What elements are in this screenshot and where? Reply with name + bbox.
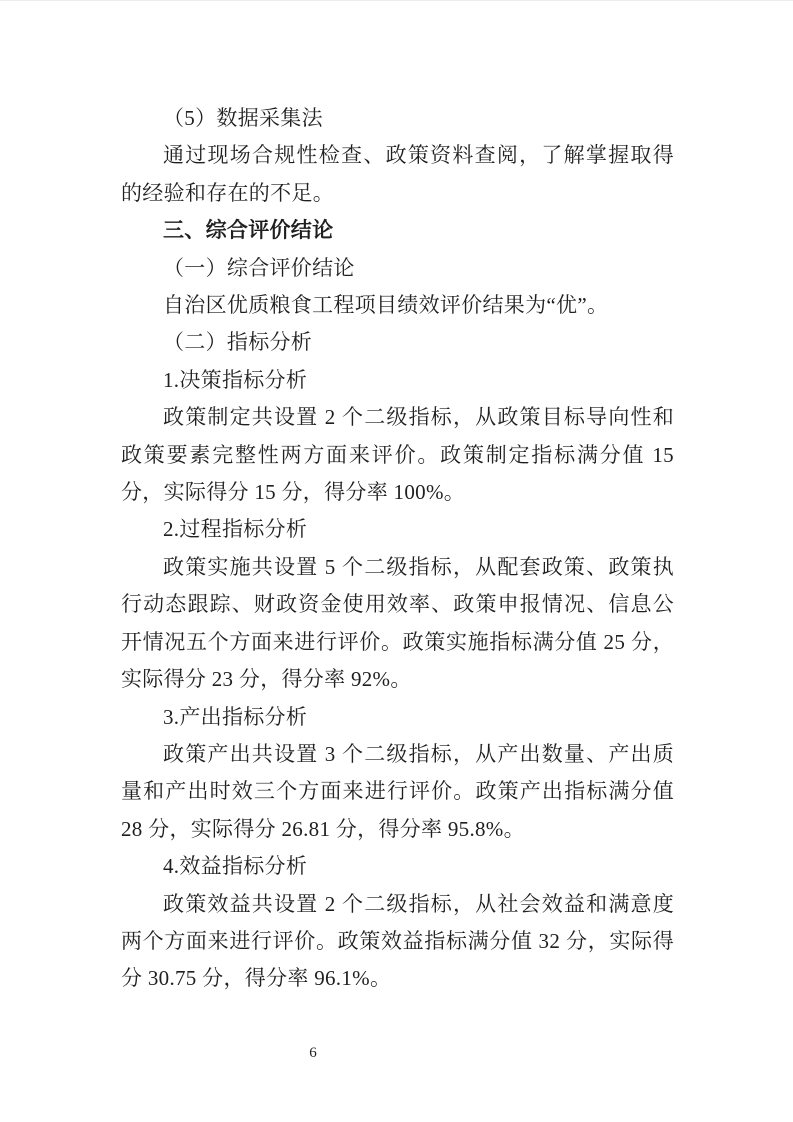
numbered-heading: 1.决策指标分析 bbox=[121, 362, 674, 399]
numbered-heading: 4.效益指标分析 bbox=[121, 848, 674, 885]
section-heading: 三、综合评价结论 bbox=[121, 212, 674, 249]
paragraph: 自治区优质粮食工程项目绩效评价结果为“优”。 bbox=[121, 287, 674, 324]
paragraph: 政策产出共设置 3 个二级指标，从产出数量、产出质量和产出时效三个方面来进行评价… bbox=[121, 736, 674, 848]
paragraph: 通过现场合规性检查、政策资料查阅，了解掌握取得的经验和存在的不足。 bbox=[121, 137, 674, 212]
paragraph: 政策效益共设置 2 个二级指标，从社会效益和满意度两个方面来进行评价。政策效益指… bbox=[121, 886, 674, 998]
paragraph: 政策制定共设置 2 个二级指标，从政策目标导向性和政策要素完整性两方面来评价。政… bbox=[121, 399, 674, 511]
numbered-heading: 2.过程指标分析 bbox=[121, 511, 674, 548]
list-heading: （5）数据采集法 bbox=[121, 100, 674, 137]
page-number: 6 bbox=[283, 1042, 343, 1064]
document-body: （5）数据采集法 通过现场合规性检查、政策资料查阅，了解掌握取得的经验和存在的不… bbox=[121, 100, 674, 998]
document-page: （5）数据采集法 通过现场合规性检查、政策资料查阅，了解掌握取得的经验和存在的不… bbox=[0, 0, 793, 1122]
numbered-heading: 3.产出指标分析 bbox=[121, 699, 674, 736]
subsection-heading: （一）综合评价结论 bbox=[121, 250, 674, 287]
paragraph: 政策实施共设置 5 个二级指标，从配套政策、政策执行动态跟踪、财政资金使用效率、… bbox=[121, 549, 674, 699]
subsection-heading: （二）指标分析 bbox=[121, 324, 674, 361]
